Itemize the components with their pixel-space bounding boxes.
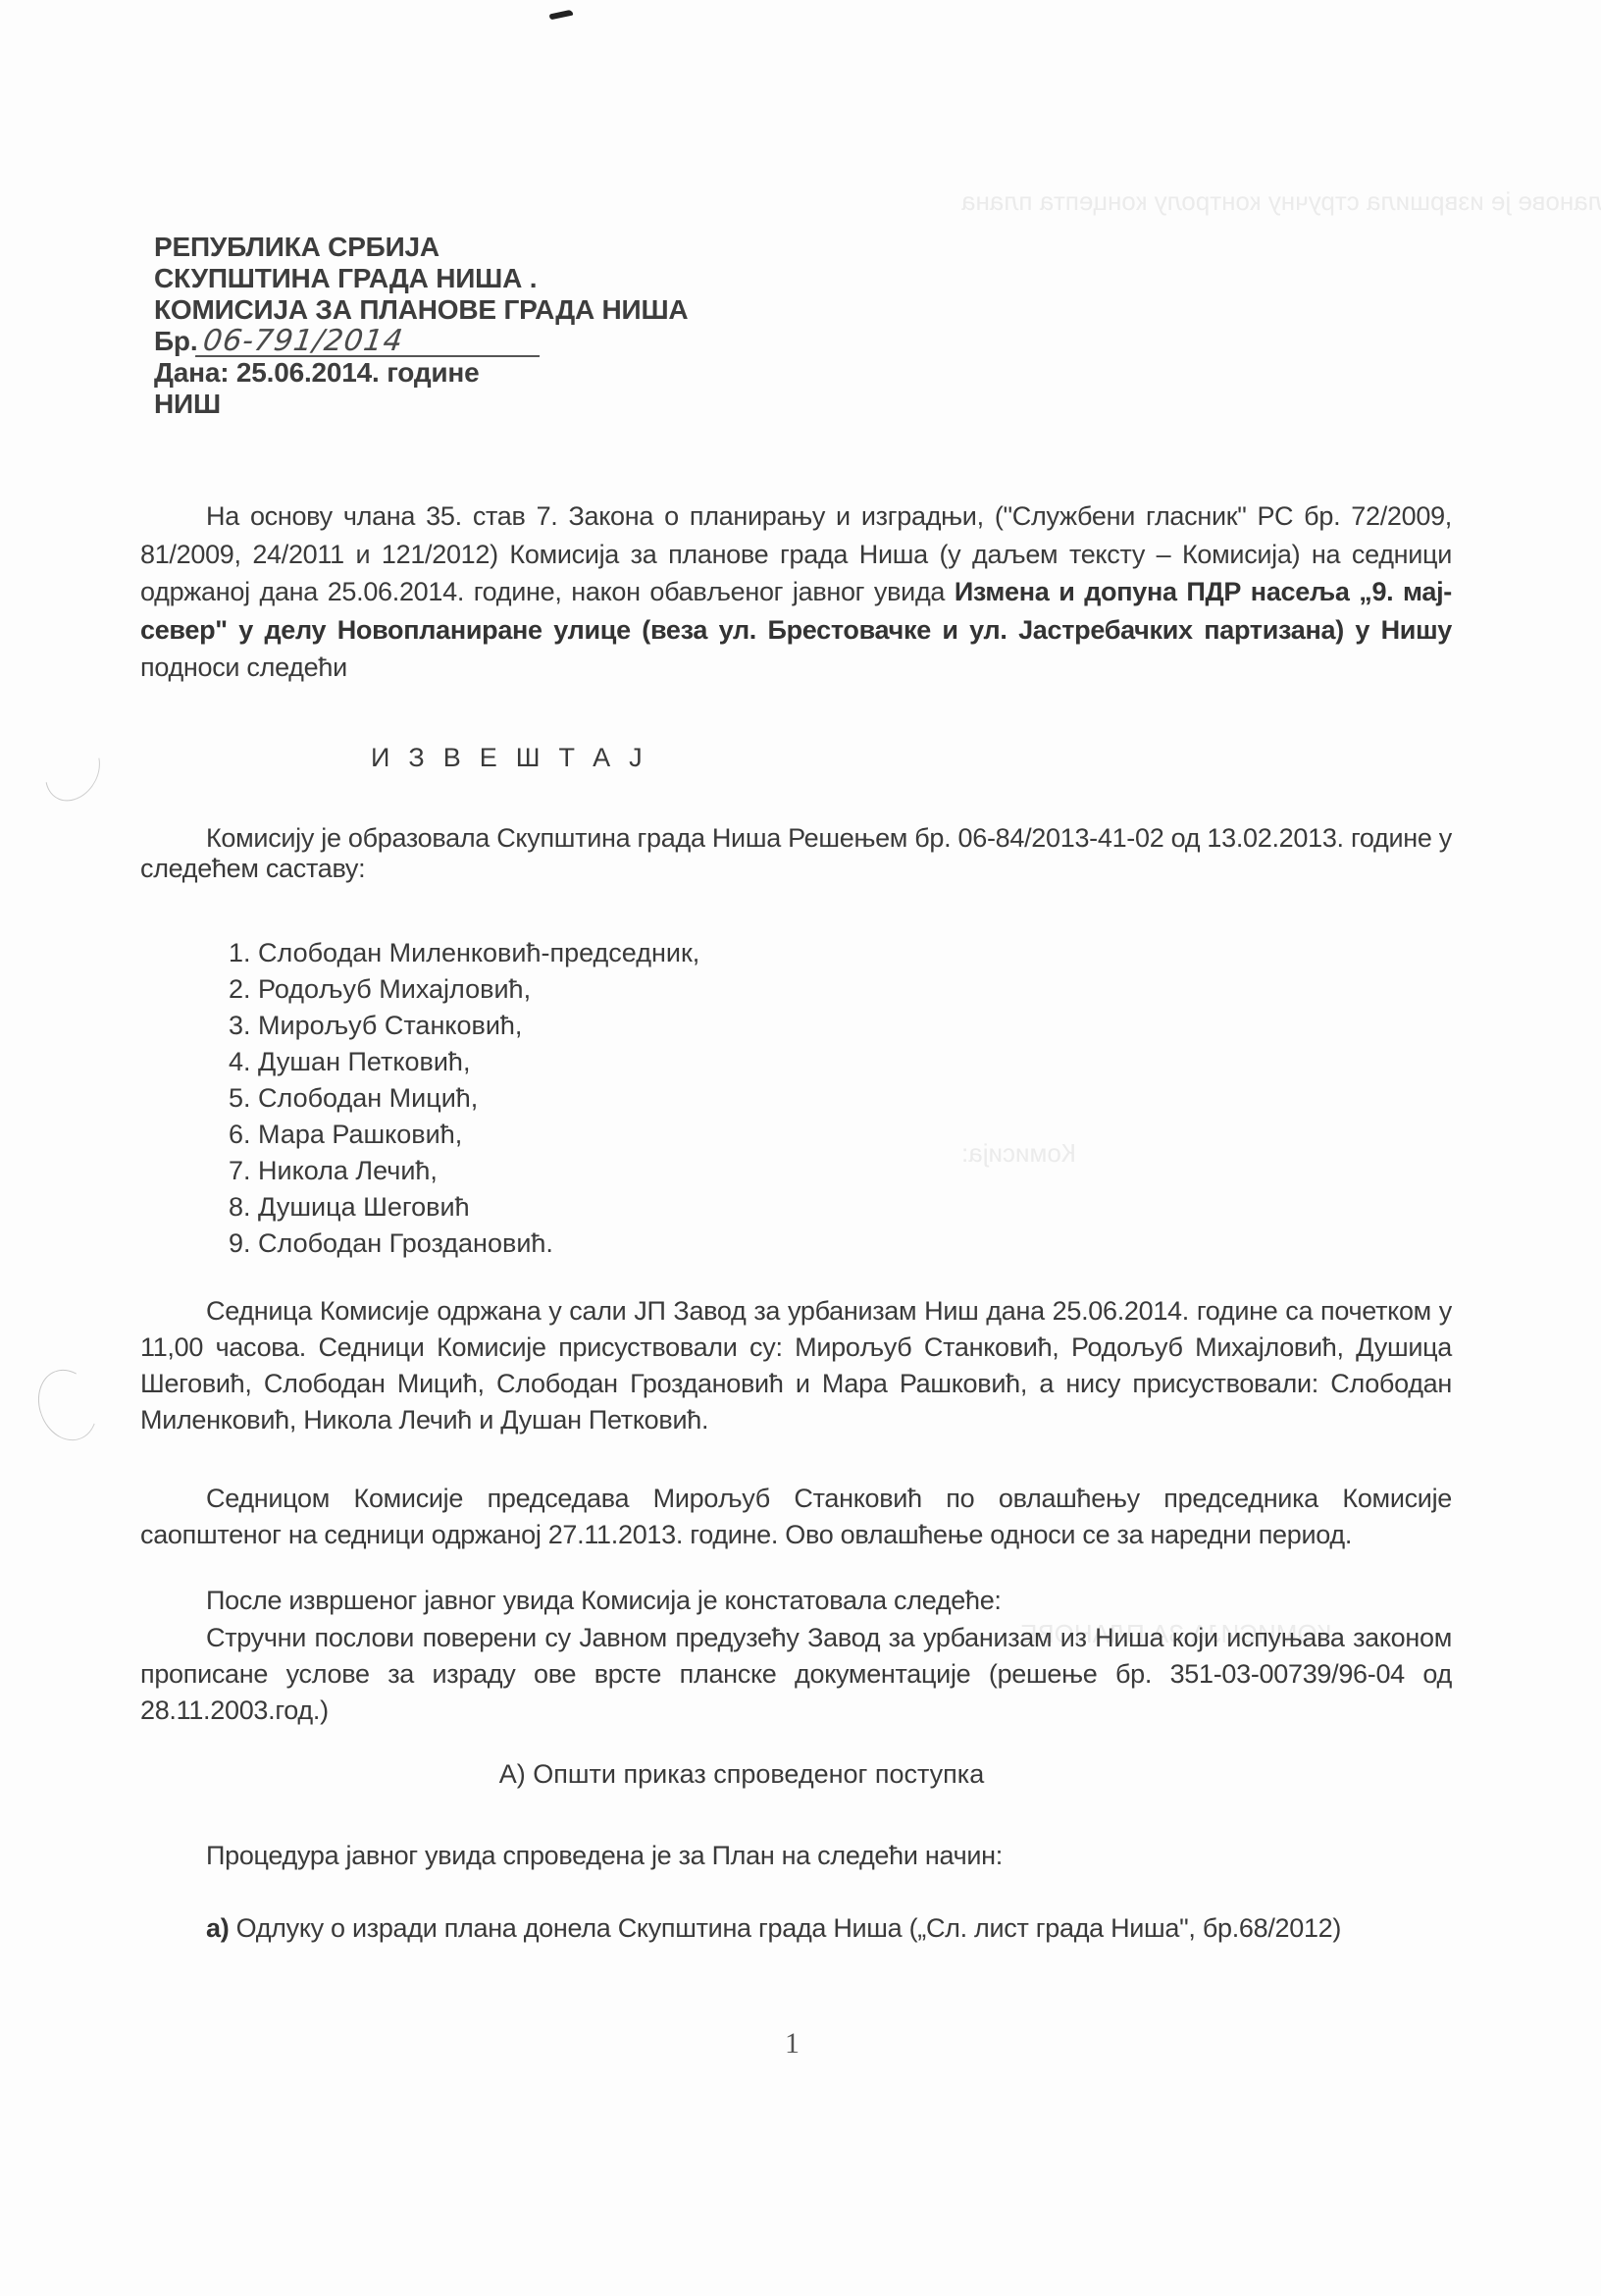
plan-location-bold: (веза ул. Брестовачке и ул. Јастребачких… (631, 615, 1452, 645)
intro-closing: подноси следећи (140, 652, 347, 682)
reference-number-handwritten: 06-791/2014 (195, 328, 543, 357)
member-item: 4. Душан Петковић, (229, 1044, 699, 1080)
document-city: НИШ (154, 389, 688, 420)
header-assembly: СКУПШТИНА ГРАДА НИША . (154, 263, 688, 294)
member-item: 8. Душица Шеговић (229, 1189, 699, 1226)
intro-paragraph: На основу члана 35. став 7. Закона о пла… (140, 497, 1452, 687)
session-text: Седница Комисије одржана у сали ЈП Завод… (140, 1296, 1452, 1435)
document-header: РЕПУБЛИКА СРБИЈА СКУПШТИНА ГРАДА НИША . … (154, 232, 688, 420)
punch-hole-icon (28, 1361, 107, 1448)
commission-members-list: 1. Слободан Миленковић-председник, 2. Ро… (229, 935, 699, 1262)
document-date: Дана: 25.06.2014. године (154, 357, 688, 389)
chair-paragraph: Седницом Комисије председава Мирољуб Ста… (140, 1481, 1452, 1553)
procedure-text: Процедура јавног увида спроведена је за … (206, 1841, 1003, 1870)
member-item: 6. Мара Рашковић, (229, 1117, 699, 1153)
findings-intro: После извршеног јавног увида Комисија је… (140, 1583, 1452, 1619)
member-item: 5. Слободан Мицић, (229, 1080, 699, 1117)
section-a-heading: А) Општи приказ спроведеног поступка (0, 1759, 1601, 1790)
page-number: 1 (785, 2027, 800, 2061)
member-item: 9. Слободан Гроздановић. (229, 1226, 699, 1262)
chair-text: Седницом Комисије председава Мирољуб Ста… (140, 1484, 1452, 1549)
formation-text: Комисију је образовала Скупштина града Н… (140, 823, 1452, 883)
formation-paragraph: Комисију је образовала Скупштина града Н… (140, 823, 1452, 884)
header-commission: КОМИСИЈА ЗА ПЛАНОВЕ ГРАДА НИША (154, 294, 688, 326)
reference-number-line: Бр.06-791/2014 (154, 326, 688, 357)
punch-hole-icon (34, 729, 111, 810)
member-item: 7. Никола Лечић, (229, 1153, 699, 1189)
item-a-marker: а) (206, 1913, 229, 1943)
session-paragraph: Седница Комисије одржана у сали ЈП Завод… (140, 1293, 1452, 1438)
expert-text: Стручни послови поверени су Јавном преду… (140, 1623, 1452, 1725)
procedure-item-a: а) Одлуку о изради плана донела Скупштин… (140, 1910, 1452, 1946)
document-page: ђ) Комисија за планове је извршила струч… (0, 0, 1601, 2296)
member-item: 3. Мирољуб Станковић, (229, 1008, 699, 1044)
header-republic: РЕПУБЛИКА СРБИЈА (154, 232, 688, 263)
member-item: 1. Слободан Миленковић-председник, (229, 935, 699, 971)
document-title: ИЗВЕШТАЈ (371, 743, 661, 773)
item-a-text: Одлуку о изради плана донела Скупштина г… (229, 1913, 1341, 1943)
bleed-through-text: ђ) Комисија за планове је извршила струч… (961, 186, 1601, 217)
scan-artifact-mark (549, 10, 574, 21)
expert-paragraph: Стручни послови поверени су Јавном преду… (140, 1620, 1452, 1729)
member-item: 2. Родољуб Михајловић, (229, 971, 699, 1008)
findings-text: После извршеног јавног увида Комисија је… (206, 1586, 1002, 1615)
procedure-intro: Процедура јавног увида спроведена је за … (140, 1837, 1452, 1875)
bleed-through-text: Комисија: (961, 1138, 1076, 1169)
reference-label: Бр. (154, 326, 197, 356)
